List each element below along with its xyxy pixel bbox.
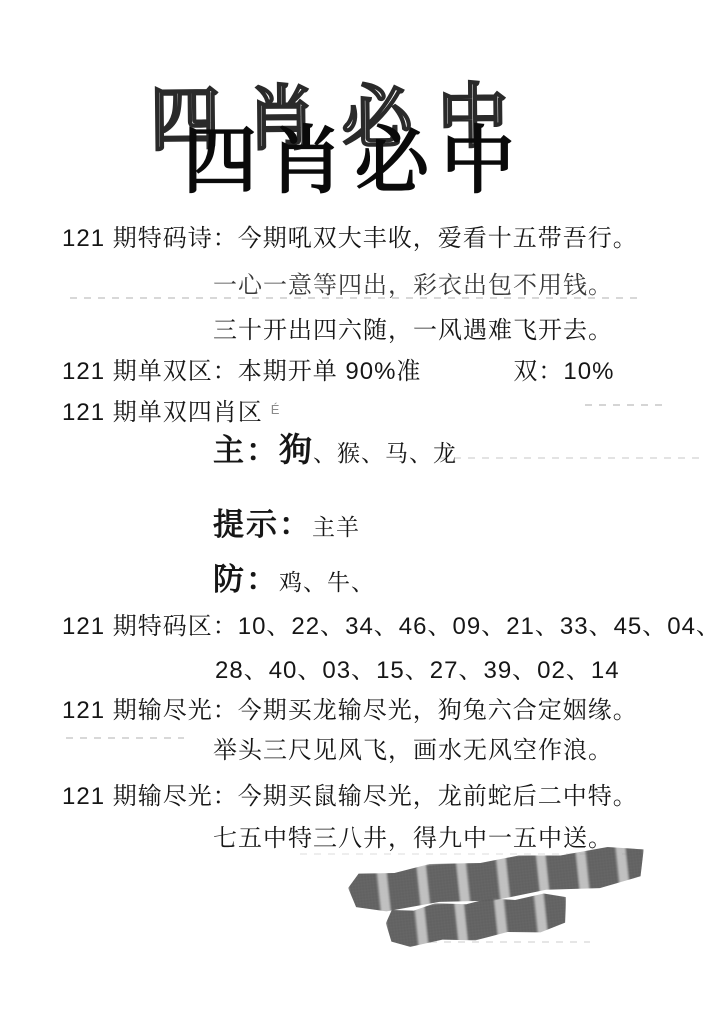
shujinguang1-line-2: 举头三尺见风飞，画水无风空作浪。 — [213, 730, 613, 765]
scan-artifact-dashes — [66, 737, 184, 739]
danshuang-label: 121 期单双区： — [62, 358, 238, 385]
tishi-line: 提示：主羊 — [213, 499, 360, 544]
tema-poem-label: 121 期特码诗： — [62, 225, 238, 252]
tema-qu-label: 121 期特码区： — [62, 613, 238, 640]
fang-value: 鸡、牛、 — [279, 569, 375, 595]
danshuang-sixiao-label: 121 期单双四肖区 — [62, 399, 263, 426]
lottery-tip-sheet: 四肖必中 四肖必中 121 期特码诗：今期吼双大丰收，爱看十五带吾行。 一心一意… — [0, 0, 717, 1024]
zhu-label: 主： — [213, 433, 279, 468]
sheet-title: 四肖必中 — [183, 102, 527, 208]
danshuang-sixiao-line: 121 期单双四肖区É — [62, 392, 279, 427]
tema-qu-line-2: 28、40、03、15、27、39、02、14 — [215, 650, 620, 685]
shujinguang1-line-1: 121 期输尽光：今期买龙输尽光，狗兔六合定姻缘。 — [62, 690, 638, 725]
tema-qu-numbers-1: 10、22、34、46、09、21、33、45、04、16、 — [238, 613, 717, 640]
scan-artifact-dashes — [440, 457, 702, 459]
danshuang-line: 121 期单双区：本期开单 90%准双：10% — [62, 351, 614, 386]
zhu-main-zodiac: 狗 — [279, 431, 313, 468]
tema-poem-verse-2: 一心一意等四出，彩衣出包不用钱。 — [213, 272, 613, 299]
zhu-line: 主：狗、猴、马、龙 — [213, 424, 457, 471]
fang-label: 防： — [213, 562, 279, 597]
faint-scan-mark: É — [271, 402, 280, 417]
tema-poem-verse-3: 三十开出四六随，一风遇难飞开去。 — [213, 317, 613, 344]
tema-poem-line-3: 三十开出四六随，一风遇难飞开去。 — [213, 310, 613, 345]
tishi-label: 提示： — [213, 507, 312, 542]
tema-poem-verse-1: 今期吼双大丰收，爱看十五带吾行。 — [238, 225, 638, 252]
fang-line: 防：鸡、牛、 — [213, 554, 375, 599]
scan-artifact-dashes — [430, 941, 590, 943]
shujinguang1-verse-2: 举头三尺见风飞，画水无风空作浪。 — [213, 737, 613, 764]
shujinguang2-verse-2: 七五中特三八井，得九中一五中送。 — [213, 825, 613, 852]
shujinguang1-label: 121 期输尽光： — [62, 697, 238, 724]
tema-qu-line-1: 121 期特码区：10、22、34、46、09、21、33、45、04、16、 — [62, 606, 717, 641]
scan-artifact-dashes — [70, 297, 640, 299]
tema-poem-line-1: 121 期特码诗：今期吼双大丰收，爱看十五带吾行。 — [62, 218, 638, 253]
danshuang-shuang-value: 双：10% — [513, 358, 614, 385]
shujinguang1-verse-1: 今期买龙输尽光，狗兔六合定姻缘。 — [238, 697, 638, 724]
danshuang-value: 本期开单 90%准 — [238, 358, 422, 385]
tema-qu-numbers-2: 28、40、03、15、27、39、02、14 — [215, 657, 620, 684]
shujinguang2-verse-1: 今期买鼠输尽光，龙前蛇后二中特。 — [238, 783, 638, 810]
tema-poem-line-2: 一心一意等四出，彩衣出包不用钱。 — [213, 265, 613, 300]
scan-artifact-dashes — [585, 404, 663, 406]
zhu-other-zodiacs: 、猴、马、龙 — [313, 440, 457, 466]
shujinguang2-line-1: 121 期输尽光：今期买鼠输尽光，龙前蛇后二中特。 — [62, 776, 638, 811]
shujinguang2-label: 121 期输尽光： — [62, 783, 238, 810]
shujinguang2-line-2: 七五中特三八井，得九中一五中送。 — [213, 818, 613, 853]
tishi-value: 主羊 — [312, 514, 360, 540]
